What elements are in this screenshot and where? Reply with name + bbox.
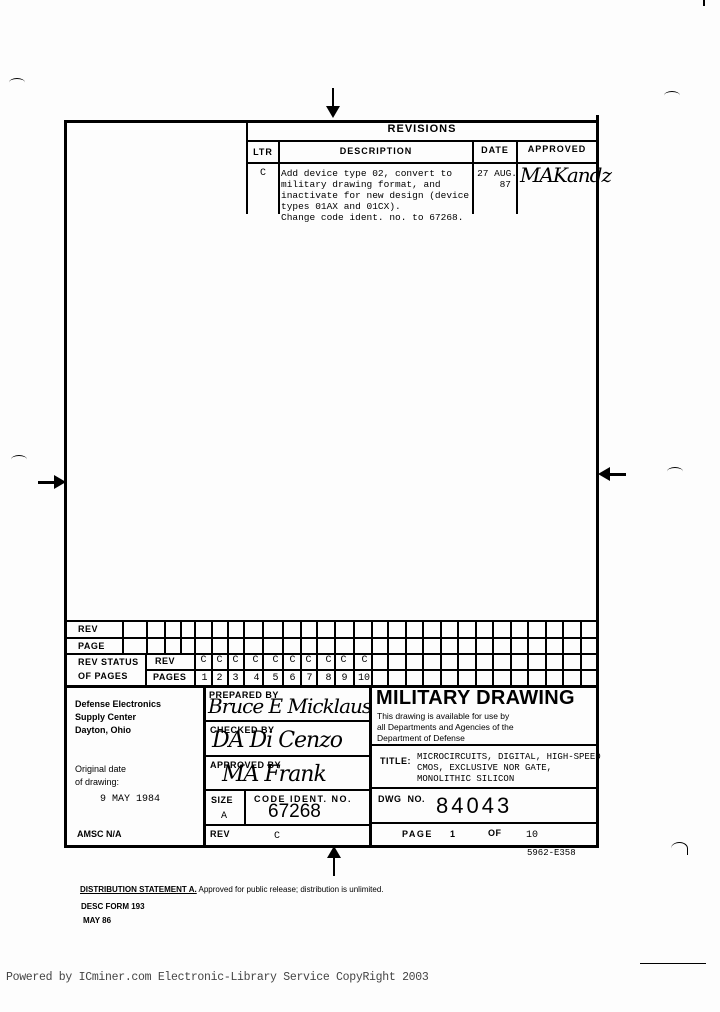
revision-desc-line: Add device type 02, convert to [281, 168, 481, 179]
desc-form-date: MAY 86 [83, 916, 111, 925]
col-header-date: DATE [474, 145, 516, 155]
military-drawing-heading: MILITARY DRAWING [376, 687, 575, 710]
watermark-text: Powered by ICminer.com Electronic-Librar… [6, 971, 428, 984]
grid-col [562, 620, 564, 685]
dwg-no-value: 84043 [436, 793, 512, 819]
col-header-approved: APPROVED [518, 144, 596, 154]
page-label: PAGE [402, 829, 433, 839]
checked-by-signature: DA Di Cenzo [212, 728, 342, 753]
rev-value: C [274, 831, 280, 842]
agency-line-3: Dayton, Ohio [75, 725, 131, 735]
rev-status-label-2: OF PAGES [78, 671, 128, 681]
size-value: A [221, 811, 227, 822]
registration-arc-top-right [664, 91, 680, 100]
grid-col [440, 620, 442, 685]
arrow-down-top-icon [332, 88, 334, 108]
rev-cell: C [248, 655, 263, 666]
rev-label: REV [210, 829, 230, 839]
grid-col [492, 620, 494, 685]
revision-desc-line: inactivate for new design (device [281, 190, 481, 201]
revision-desc-line: types 01AX and 01CX). [281, 201, 481, 212]
arrow-left-right-head [598, 467, 610, 481]
rev-cell: C [285, 655, 300, 666]
title-line-3: MONOLITHIC SILICON [417, 774, 514, 784]
grid-col [164, 620, 166, 653]
frame-left [64, 120, 67, 848]
approved-by-signature: MA Frank [222, 762, 326, 787]
dwg-no-label: DWG NO. [378, 794, 425, 804]
rev-status-label-1: REV STATUS [78, 657, 139, 667]
revision-description: Add device type 02, convert to military … [281, 168, 481, 223]
grid-row1 [64, 637, 598, 639]
arrow-up-bottom-icon [333, 856, 335, 876]
title-divider [369, 822, 597, 824]
size-divider [244, 789, 246, 824]
rev-status-sub-rev: REV [155, 656, 175, 666]
titleblock-bottom [64, 845, 599, 848]
grid-top [64, 620, 598, 622]
grid-col [145, 653, 147, 685]
sig-divider [203, 824, 371, 826]
availability-line-1: This drawing is available for use by [377, 711, 509, 721]
rev-cell: C [268, 655, 283, 666]
revision-desc-line: military drawing format, and [281, 179, 481, 190]
page-cell: 3 [228, 673, 243, 684]
bottom-right-rule [640, 963, 706, 964]
revision-desc-line: Change code ident. no. to 67268. [281, 212, 481, 223]
page-cell: 9 [337, 673, 352, 684]
title-label: TITLE: [380, 756, 411, 766]
total-pages: 10 [526, 830, 538, 841]
revision-date-line: 87 [475, 179, 517, 190]
page-cell: 2 [212, 673, 227, 684]
prepared-by-signature: Bruce E Micklaus [208, 694, 371, 718]
registration-arc-top-left [9, 78, 25, 87]
revisions-title: REVISIONS [246, 123, 598, 135]
registration-arc-mid-right [667, 467, 683, 476]
grid-col [243, 620, 245, 685]
grid-rev-label: REV [78, 624, 98, 634]
page-cell: 7 [302, 673, 317, 684]
grid-col [422, 620, 424, 685]
title-line-2: CMOS, EXCLUSIVE NOR GATE, [417, 763, 552, 773]
col-header-ltr: LTR [248, 147, 278, 157]
registration-arc-mid-left [11, 455, 27, 464]
grid-col [545, 620, 547, 685]
grid-col [405, 620, 407, 685]
grid-page-label: PAGE [78, 641, 105, 651]
agency-line-1: Defense Electronics [75, 699, 161, 709]
revisions-title-divider [246, 140, 598, 142]
availability-line-2: all Departments and Agencies of the [377, 722, 514, 732]
grid-col [475, 620, 477, 685]
grid-col [146, 620, 148, 653]
sig-divider [203, 755, 371, 757]
grid-col [457, 620, 459, 685]
rev-cell: C [336, 655, 351, 666]
of-label: OF [488, 828, 502, 838]
distribution-statement: DISTRIBUTION STATEMENT A. Approved for p… [80, 885, 384, 894]
revision-date-line: 27 AUG. [475, 168, 517, 179]
availability-line-3: Department of Defense [377, 733, 465, 743]
distribution-label: DISTRIBUTION STATEMENT A. [80, 885, 197, 894]
grid-col [122, 620, 124, 653]
amsc-label: AMSC N/A [77, 829, 122, 839]
distribution-text: Approved for public release; distributio… [199, 885, 384, 894]
grid-col [387, 620, 389, 685]
grid-col [180, 620, 182, 653]
sig-divider [203, 789, 371, 791]
titleblock-left-divider [203, 685, 206, 847]
grid-col [510, 620, 512, 685]
rev-cell: C [228, 655, 243, 666]
grid-col [580, 620, 582, 685]
desc-form-label: DESC FORM 193 [81, 902, 145, 911]
registration-arc-bottom-right [671, 842, 688, 855]
rev-status-sub-pages: PAGES [153, 672, 186, 682]
rev-cell: C [301, 655, 316, 666]
size-label: SIZE [211, 795, 233, 805]
rev-cell: C [212, 655, 227, 666]
page-cell: 10 [355, 673, 373, 684]
rev-cell: C [196, 655, 211, 666]
orig-date-label-2: of drawing: [75, 777, 119, 787]
revision-date: 27 AUG. 87 [475, 168, 517, 190]
sig-divider [203, 720, 371, 722]
code-ident-value: 67268 [268, 801, 321, 823]
frame-right [596, 115, 599, 845]
page-cell: 5 [268, 673, 283, 684]
title-line-1: MICROCIRCUITS, DIGITAL, HIGH-SPEED [417, 752, 601, 762]
page-cell: 6 [285, 673, 300, 684]
rev-cell: C [321, 655, 336, 666]
col-header-description: DESCRIPTION [280, 146, 472, 156]
page-cell: 1 [197, 673, 212, 684]
agency-line-2: Supply Center [75, 712, 136, 722]
revision-ltr: C [248, 168, 278, 179]
title-divider [369, 744, 597, 746]
grid-col [194, 620, 196, 685]
rev-cell: C [357, 655, 372, 666]
page-cell: 4 [249, 673, 264, 684]
orig-date-label-1: Original date [75, 764, 126, 774]
arrow-down-top-head [326, 106, 340, 118]
title-divider [369, 787, 597, 789]
orig-date-value: 9 MAY 1984 [100, 794, 160, 805]
corner-tick [703, 0, 705, 6]
fsc-number: 5962-E358 [527, 848, 576, 858]
grid-col [527, 620, 529, 685]
page-number: 1 [450, 829, 456, 839]
page-cell: 8 [321, 673, 336, 684]
revision-approved-signature: MAKandz [520, 163, 611, 187]
